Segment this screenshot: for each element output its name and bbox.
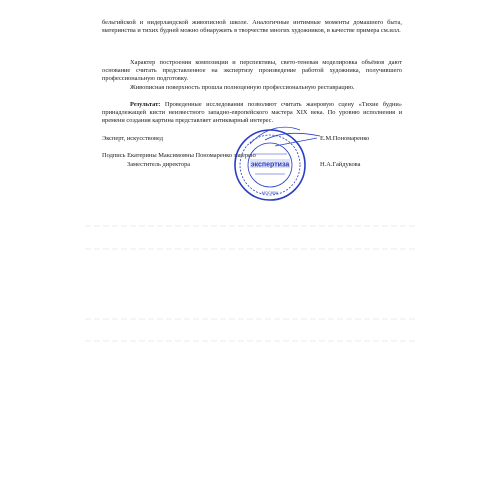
stamp-bottom-text: МОСКВА xyxy=(262,190,279,195)
paragraph-intro: бельгийской и нидерландской живописной ш… xyxy=(102,19,402,35)
paragraph-character: Характер построения композиции и перспек… xyxy=(102,59,402,84)
expert-role: Эксперт, искусствовед xyxy=(102,135,163,143)
bleed-through-line xyxy=(85,225,415,227)
result-label: Результат: xyxy=(130,101,160,108)
bleed-through-line xyxy=(85,248,415,250)
official-stamp-icon: экспертиза МОСКВА xyxy=(233,128,307,202)
bleed-through-line xyxy=(85,340,415,342)
deputy-role: Заместитель директора xyxy=(127,161,190,169)
deputy-name: Н.А.Гайдукова xyxy=(320,161,360,169)
bleed-through-line xyxy=(85,318,415,320)
stamp-center-text: экспертиза xyxy=(251,162,290,169)
expert-name: Е.М.Пономаренко xyxy=(320,135,369,143)
paragraph-restoration: Живописная поверхность прошла полноценну… xyxy=(102,84,402,92)
document-page: бельгийской и нидерландской живописной ш… xyxy=(0,0,500,500)
